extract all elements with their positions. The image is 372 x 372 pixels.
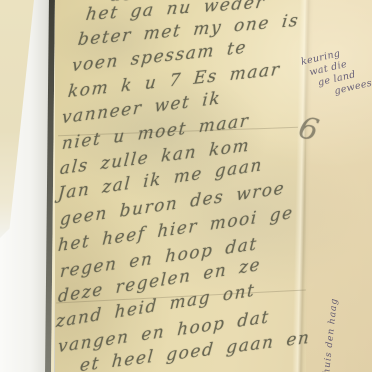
letter-photograph: ue oe het ga nu weder beter met my one i…: [0, 0, 372, 372]
